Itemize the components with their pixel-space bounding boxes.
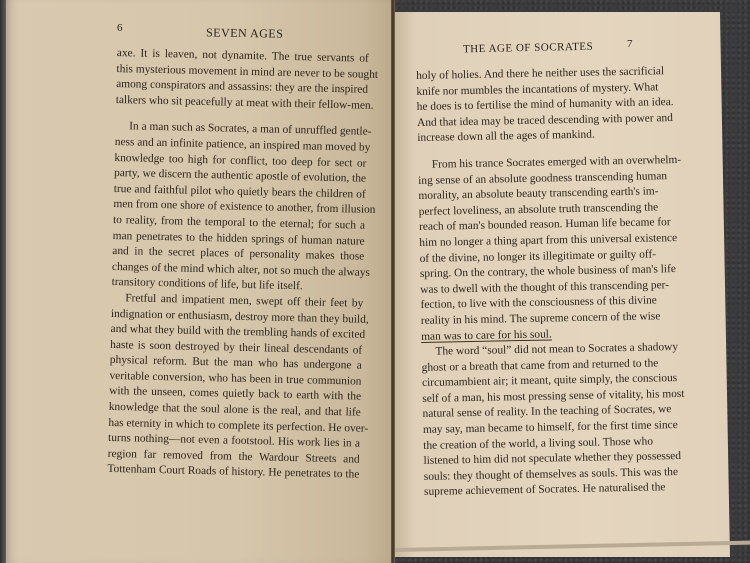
page-number-left: 6 xyxy=(117,22,123,34)
left-page-body: axe. It is leaven, not dynamite. The tru… xyxy=(107,46,369,484)
page-number-right: 7 xyxy=(627,38,633,50)
book-gutter xyxy=(391,0,395,563)
running-head-left: SEVEN AGES xyxy=(206,25,284,41)
right-page-body: holy of holies. And there he neither use… xyxy=(416,65,651,501)
